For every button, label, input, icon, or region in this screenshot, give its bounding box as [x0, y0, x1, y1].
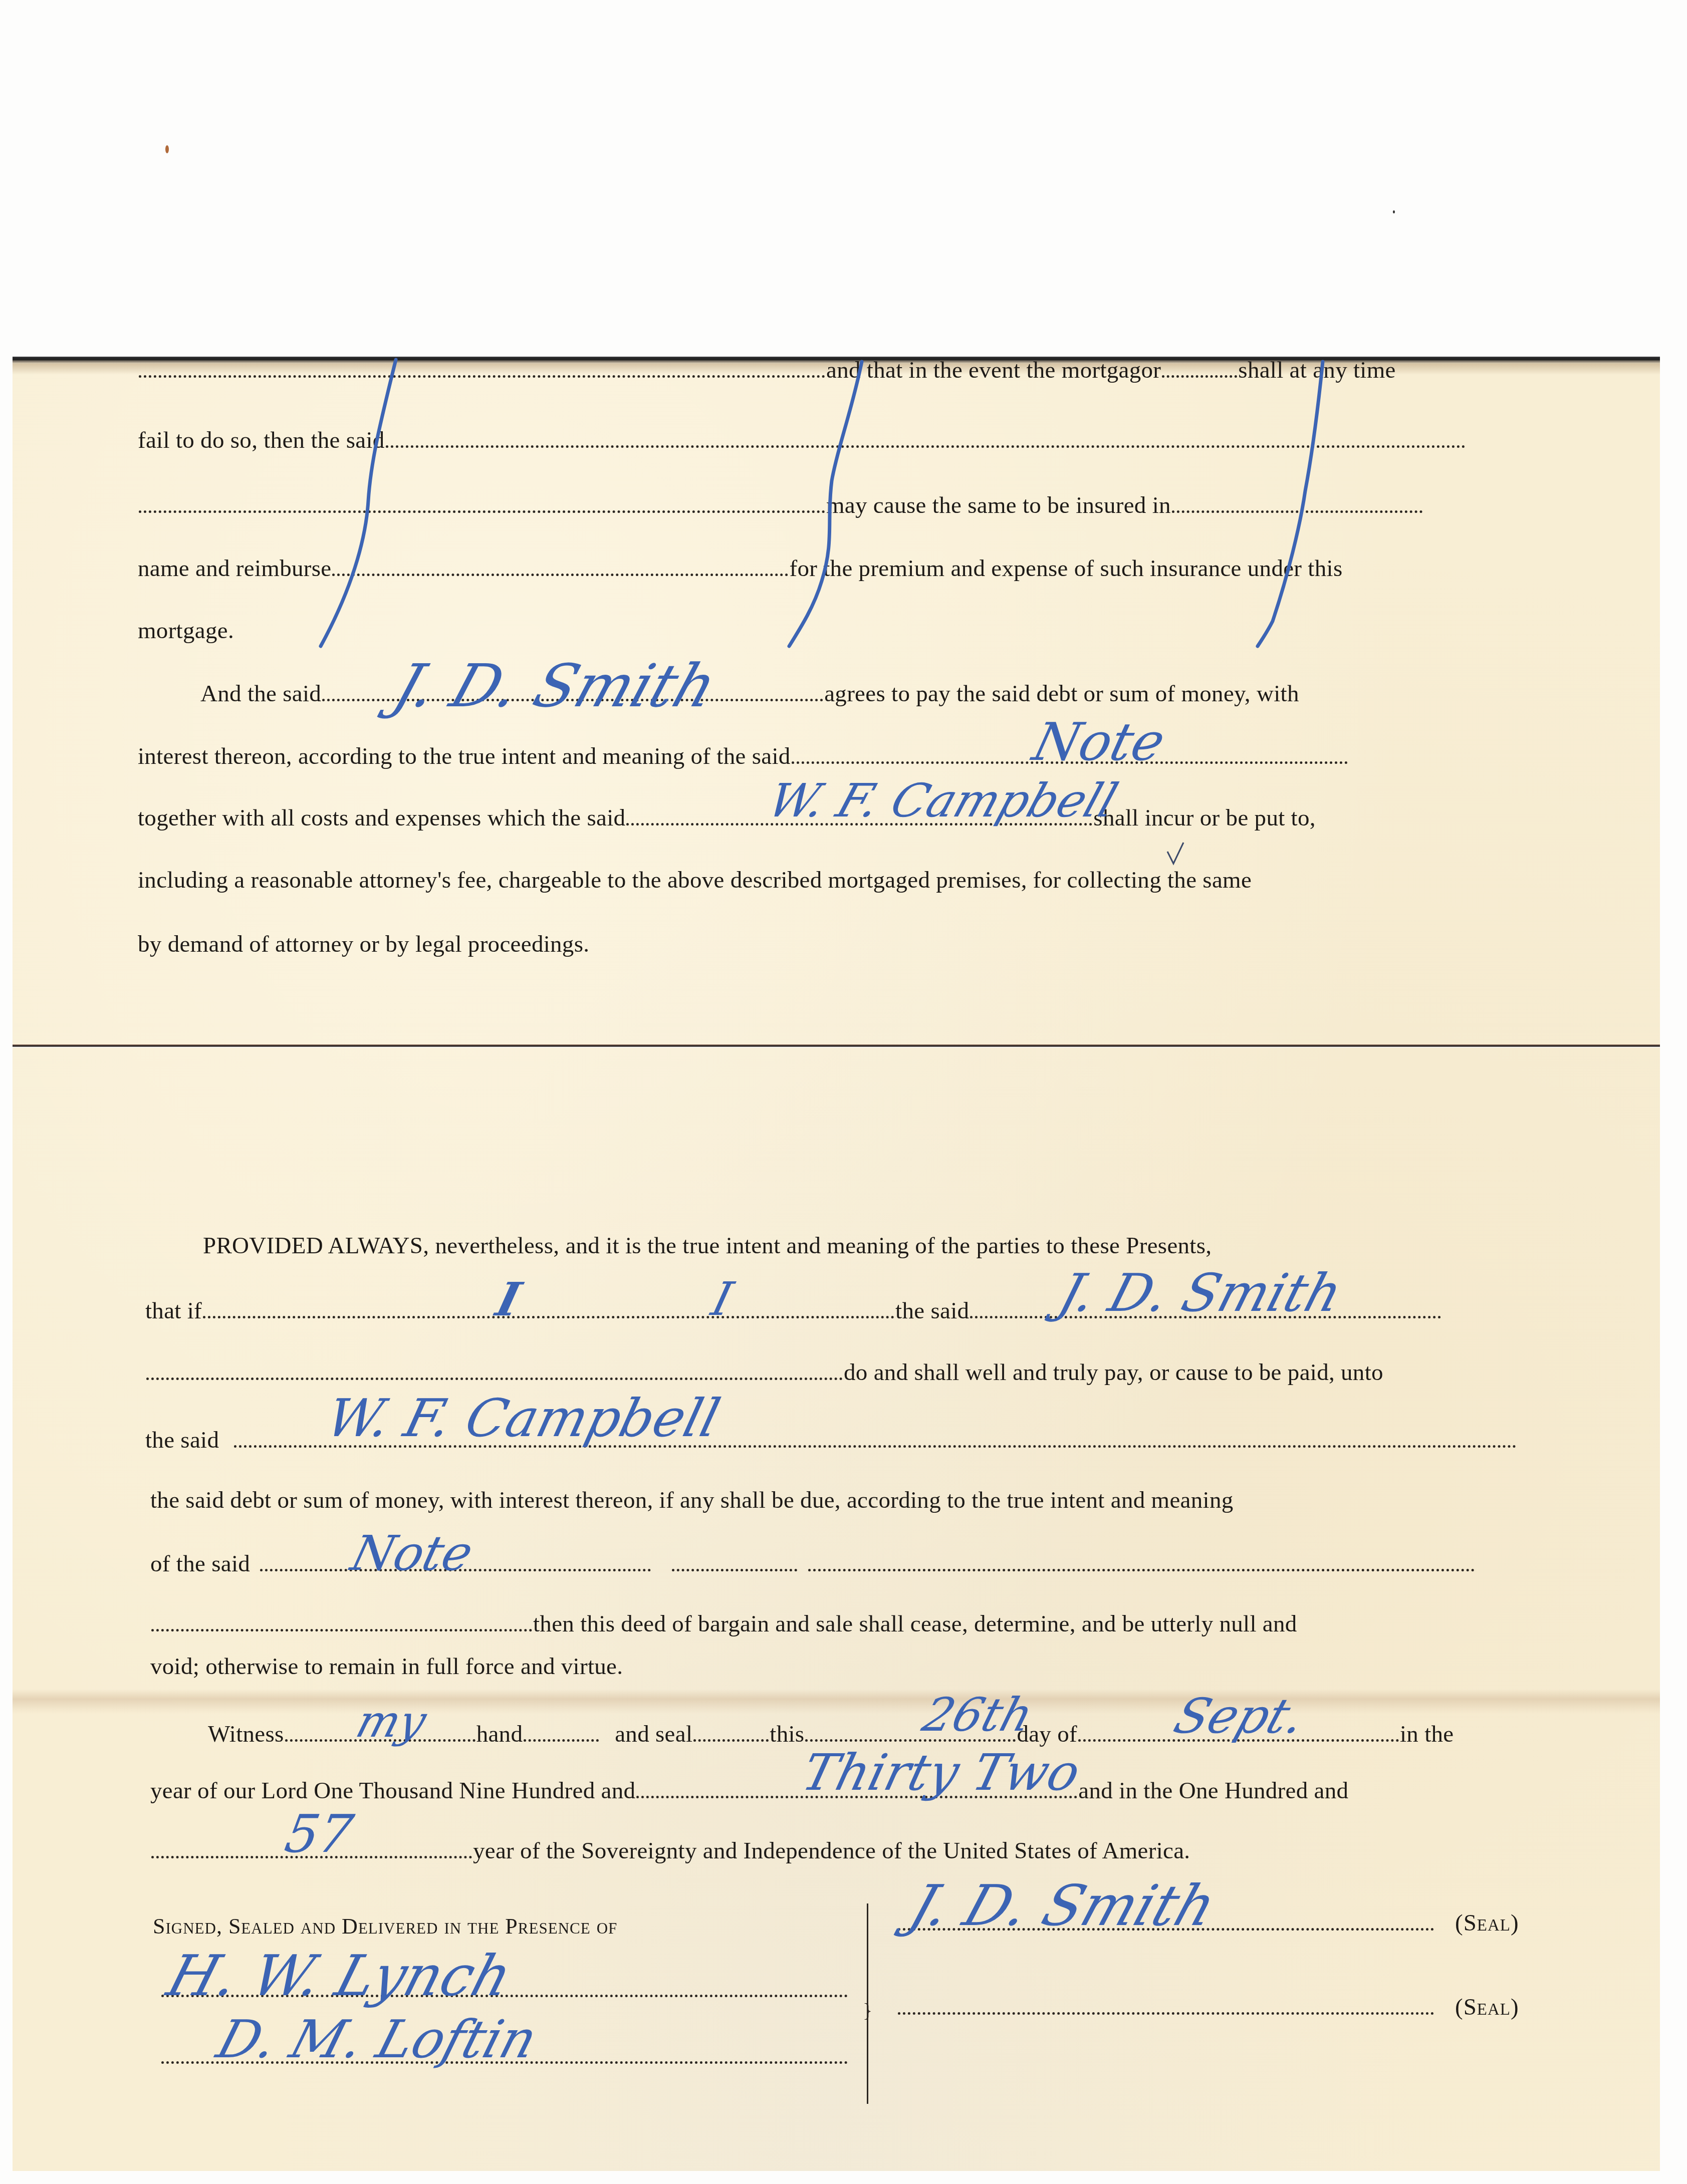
second-grantor-signature-line: (Seal)	[897, 1994, 1519, 2021]
handwritten-sovereignty-year: 57	[281, 1803, 358, 1864]
defeasance-line-7: then this deed of bargain and sale shall…	[150, 1610, 1297, 1637]
payment-line-5: by demand of attorney or by legal procee…	[138, 931, 589, 958]
brace-point: }	[863, 1999, 872, 2022]
payment-line-4: including a reasonable attorney's fee, c…	[138, 867, 1252, 894]
handwritten-month: Sept.	[1167, 1688, 1313, 1744]
handwritten-day: 26th	[917, 1688, 1039, 1742]
defeasance-line-3: do and shall well and truly pay, or caus…	[145, 1359, 1383, 1386]
handwritten-year: Thirty Two	[797, 1743, 1086, 1802]
witness-1-signature: H. W. Lynch	[160, 1944, 519, 2009]
handwritten-instrument-note-2: Note	[346, 1525, 478, 1581]
defeasance-line-5: the said debt or sum of money, with inte…	[150, 1487, 1234, 1514]
handwritten-mortgagee-name-2: W. F. Campbell	[321, 1388, 726, 1449]
year-line: year of our Lord One Thousand Nine Hundr…	[150, 1777, 1348, 1804]
handwritten-mortgagor-name-2: J. D. Smith	[1052, 1262, 1349, 1323]
presence-label: Signed, Sealed and Delivered in the Pres…	[153, 1914, 617, 1939]
defeasance-line-8: void; otherwise to remain in full force …	[150, 1653, 623, 1680]
defeasance-line-1: PROVIDED ALWAYS, nevertheless, and it is…	[203, 1232, 1212, 1259]
grantor-signature: J. D. Smith	[902, 1873, 1224, 1939]
witness-2-signature: D. M. Loftin	[210, 2009, 544, 2070]
